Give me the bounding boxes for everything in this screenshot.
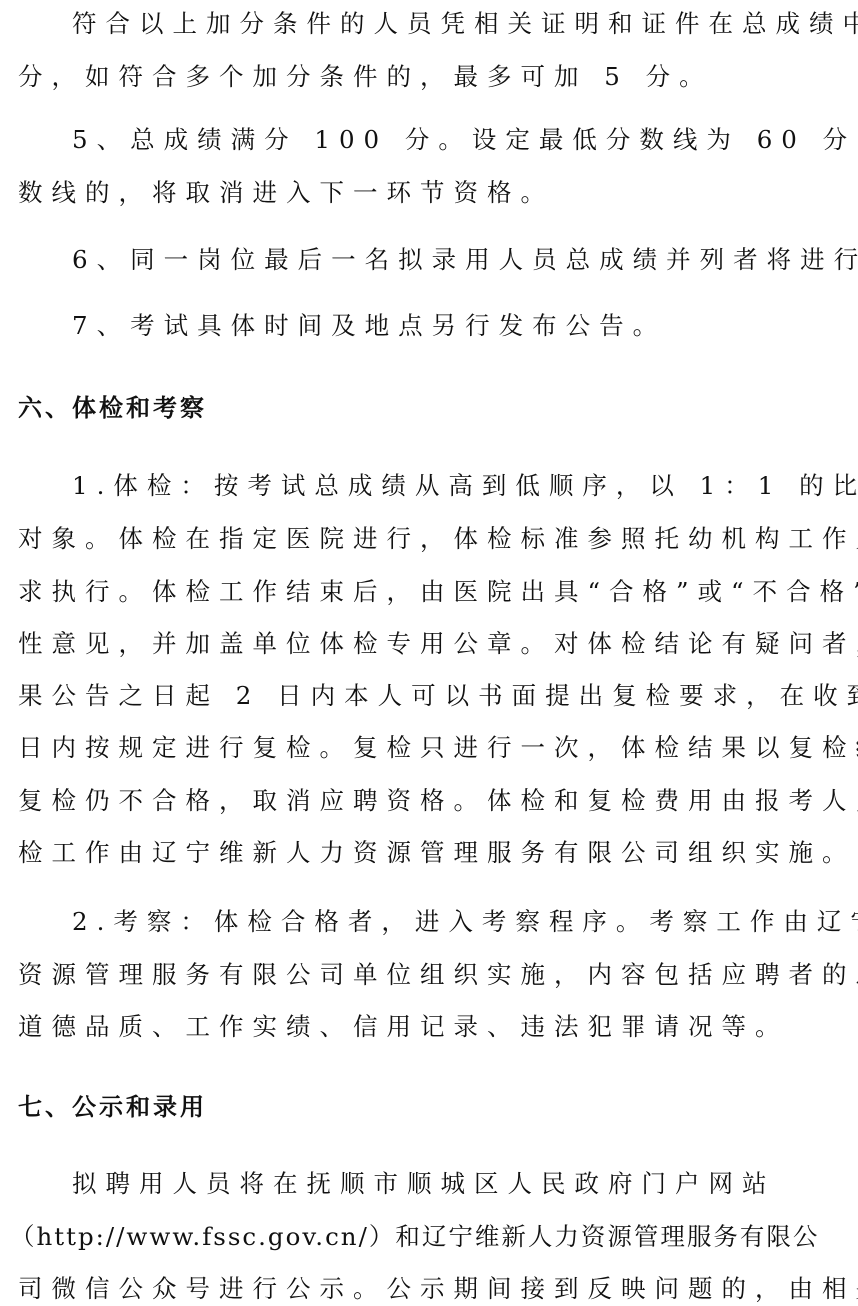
paragraph-line: 求执行。体检工作结束后，由医院出具“合格”或“不合格”的结论 bbox=[18, 577, 858, 607]
paragraph-line: 日内按规定进行复检。复检只进行一次，体检结果以复检结论为准。 bbox=[18, 733, 858, 763]
paragraph-line: 数线的，将取消进入下一环节资格。 bbox=[18, 178, 554, 208]
paragraph-line: 检工作由辽宁维新人力资源管理服务有限公司组织实施。 bbox=[18, 838, 856, 868]
paragraph-line: 司微信公众号进行公示。公示期间接到反映问题的，由相关部门进行 bbox=[18, 1274, 858, 1304]
paragraph-line: 2.考察：体检合格者，进入考察程序。考察工作由辽宁维新人力 bbox=[72, 907, 858, 937]
paragraph-line: 1.体检：按考试总成绩从高到低顺序，以 1：1 的比例确定体检 bbox=[72, 471, 858, 501]
paragraph-line: 道德品质、工作实绩、信用记录、违法犯罪请况等。 bbox=[18, 1012, 789, 1042]
paragraph-line: （http://www.fssc.gov.cn/）和辽宁维新人力资源管理服务有限… bbox=[10, 1222, 819, 1252]
section-heading: 六、体检和考察 bbox=[18, 393, 207, 423]
section-heading: 七、公示和录用 bbox=[18, 1092, 207, 1122]
paragraph-line: 分，如符合多个加分条件的，最多可加 5 分。 bbox=[18, 62, 713, 92]
paragraph-line: 资源管理服务有限公司单位组织实施，内容包括应聘者的思想表现、 bbox=[18, 960, 858, 990]
paragraph-line: 果公告之日起 2 日内本人可以书面提出复检要求，在收到复检通知 2 bbox=[18, 681, 858, 711]
paragraph-line: 拟聘用人员将在抚顺市顺城区人民政府门户网站 bbox=[72, 1169, 776, 1199]
paragraph-line: 性意见，并加盖单位体检专用公章。对体检结论有疑问者，自体检结 bbox=[18, 629, 858, 659]
paragraph-line: 7、考试具体时间及地点另行发布公告。 bbox=[72, 311, 666, 341]
paragraph-line: 复检仍不合格，取消应聘资格。体检和复检费用由报考人员自理。体 bbox=[18, 786, 858, 816]
paragraph-line: 5、总成绩满分 100 分。设定最低分数线为 60 分，达不到最低分 bbox=[72, 125, 858, 155]
paragraph-line: 符合以上加分条件的人员凭相关证明和证件在总成绩中予以加 bbox=[72, 9, 858, 39]
paragraph-line: 对象。体检在指定医院进行，体检标准参照托幼机构工作人员体格要 bbox=[18, 524, 858, 554]
paragraph-line: 6、同一岗位最后一名拟录用人员总成绩并列者将进行加试。 bbox=[72, 245, 858, 275]
